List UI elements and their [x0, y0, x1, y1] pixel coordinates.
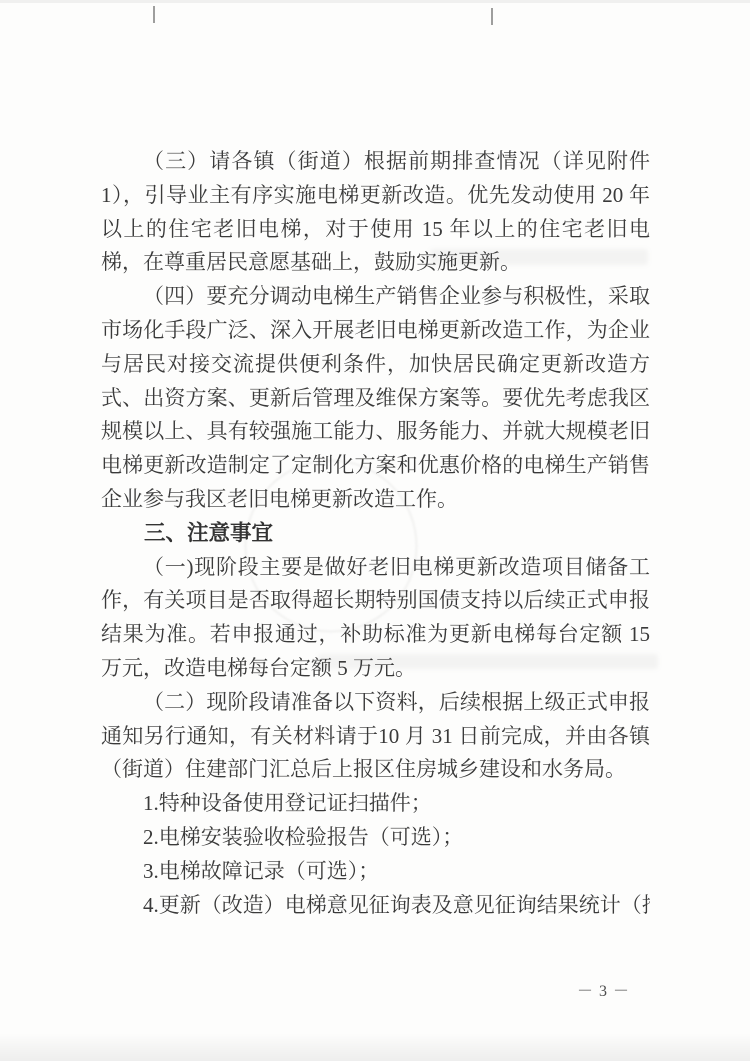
top-tick-mark-left — [153, 6, 155, 23]
list-item: 1.特种设备使用登记证扫描件； — [101, 787, 650, 821]
paragraph-item-3: （三）请各镇（街道）根据前期排查情况（详见附件 1），引导业主有序实施电梯更新改… — [101, 145, 650, 280]
document-body: （三）请各镇（街道）根据前期排查情况（详见附件 1），引导业主有序实施电梯更新改… — [101, 145, 650, 922]
section-heading: 三、注意事宜 — [101, 517, 650, 551]
paragraph-note-2: （二）现阶段请准备以下资料，后续根据上级正式申报通知另行通知，有关材料请于10 … — [101, 686, 650, 787]
list-item: 2.电梯安装验收检验报告（可选）； — [101, 821, 650, 855]
top-tick-mark-right — [491, 8, 493, 25]
page-number: － 3 － — [577, 978, 630, 1001]
list-item: 3.电梯故障记录（可选）； — [101, 855, 650, 889]
scan-bottom-edge — [0, 1033, 750, 1061]
list-item: 4.更新（改造）电梯意见征询表及意见征询结果统计（推 — [101, 889, 650, 923]
paragraph-note-1: （一)现阶段主要是做好老旧电梯更新改造项目储备工作，有关项目是否取得超长期特别国… — [101, 551, 650, 686]
document-page: （三）请各镇（街道）根据前期排查情况（详见附件 1），引导业主有序实施电梯更新改… — [0, 0, 750, 1061]
scan-top-edge — [0, 0, 750, 3]
paragraph-item-4: （四）要充分调动电梯生产销售企业参与积极性，采取市场化手段广泛、深入开展老旧电梯… — [101, 280, 650, 517]
